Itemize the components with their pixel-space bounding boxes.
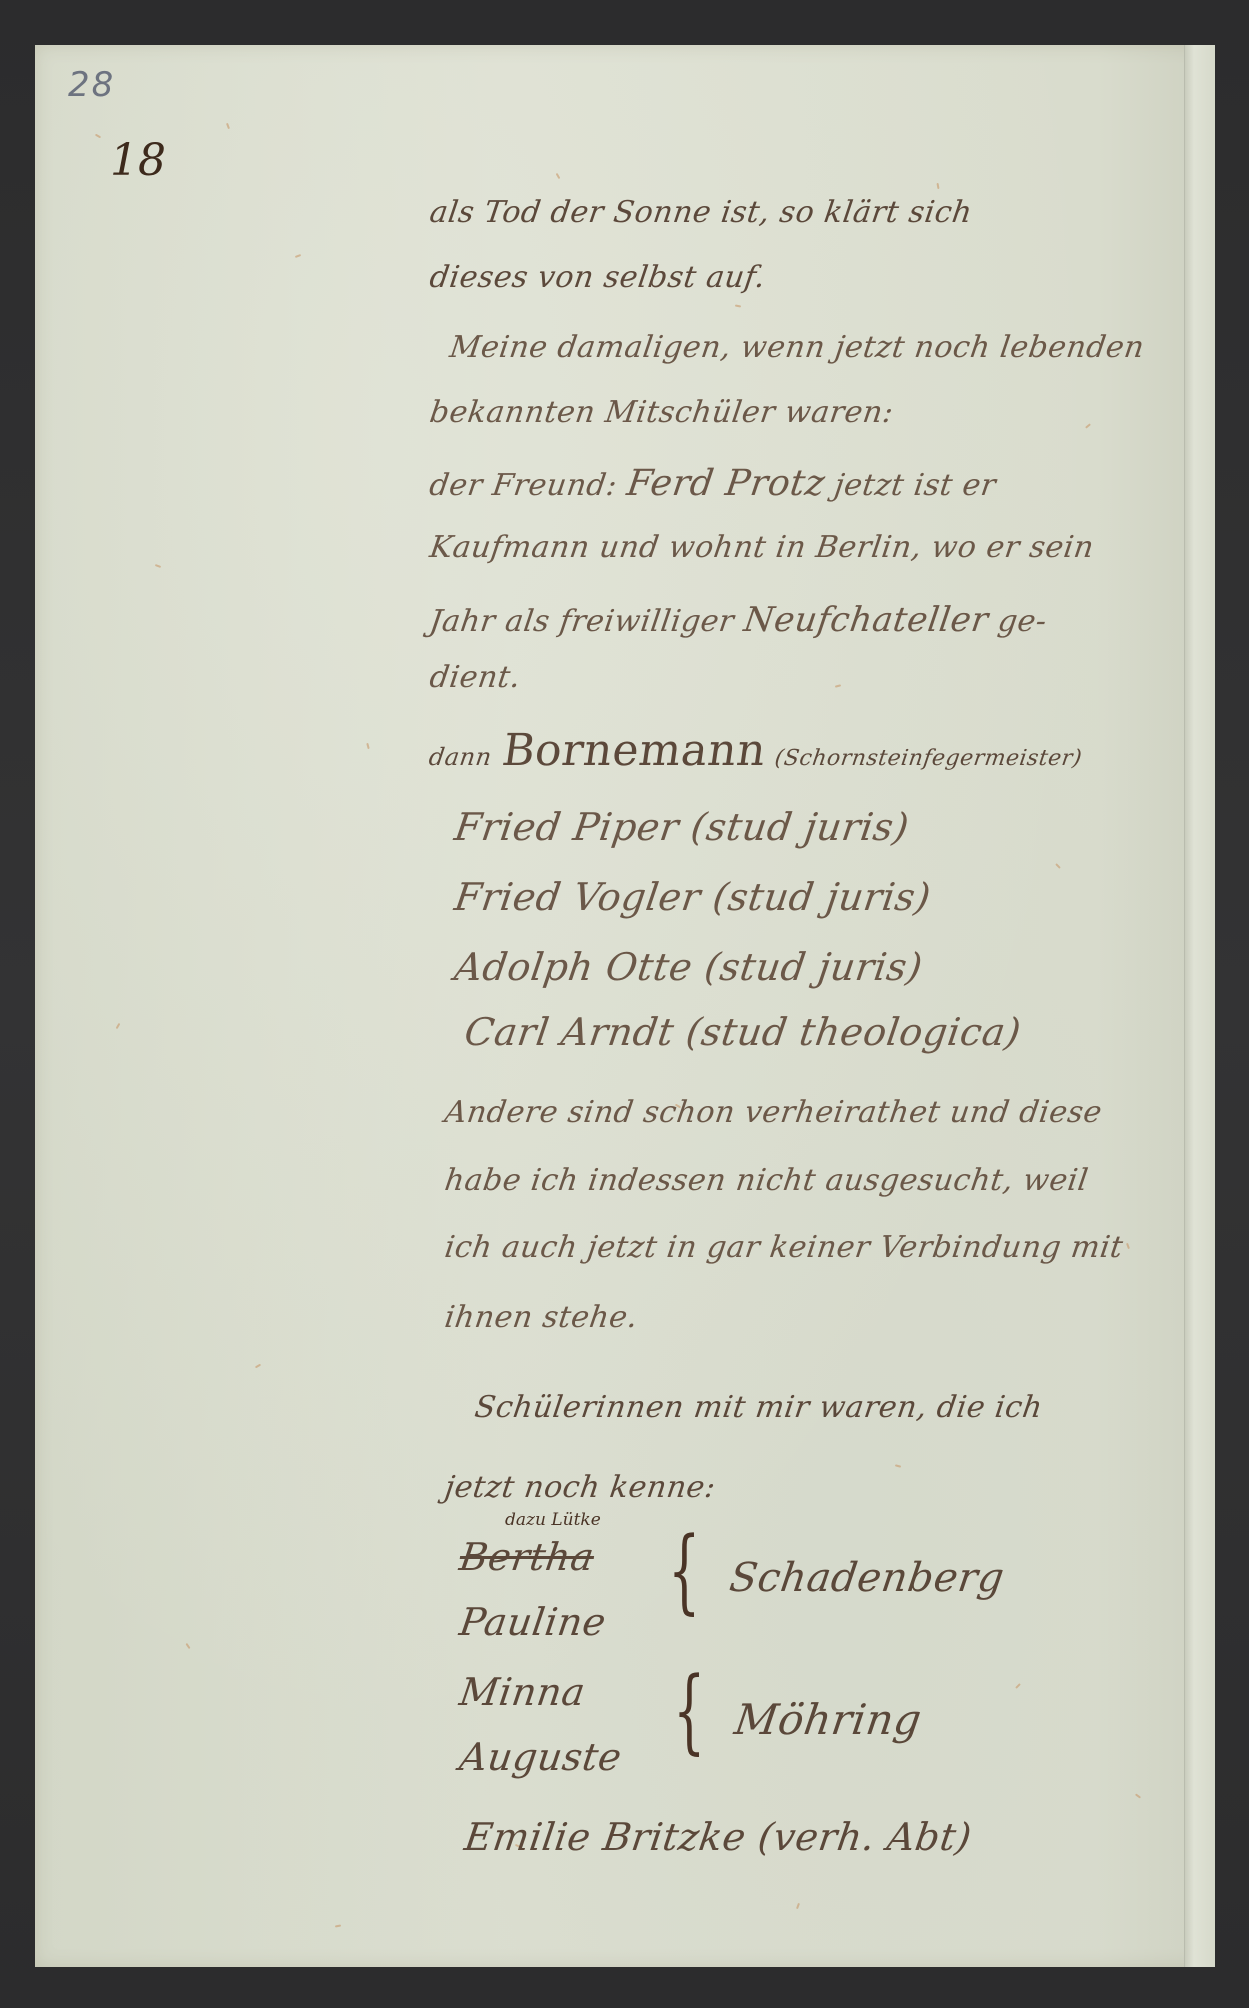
text-line: dieses von selbst auf. [428, 260, 768, 295]
classmate-note: (stud juris) [688, 805, 912, 849]
classmate-note: (stud juris) [702, 945, 926, 989]
classmate-name: Adolph Otte [452, 945, 696, 989]
classmate-note: (stud theologica) [683, 1010, 1024, 1054]
text-line: bekannten Mitschüler waren: [428, 395, 896, 430]
text-line: habe ich indessen nicht ausgesucht, weil [443, 1163, 1091, 1198]
schoolgirl-name: Pauline [457, 1600, 609, 1644]
regiment-name: Neufchateller [741, 600, 991, 640]
page-number: 18 [110, 135, 166, 186]
text-line: der Freund: Ferd Protz jetzt ist er [427, 463, 999, 504]
struck-name: Bertha [457, 1535, 597, 1579]
page-fold-edge [1184, 45, 1215, 1967]
text-line: Meine damaligen, wenn jetzt noch lebende… [448, 330, 1147, 365]
text-line: jetzt noch kenne: [443, 1470, 718, 1505]
prefix: dann [427, 743, 494, 771]
person-name: Ferd Protz [624, 463, 827, 504]
folio-number: 28 [68, 65, 115, 105]
classmate-name: Bornemann [499, 725, 770, 776]
line-text: der Freund: [427, 468, 619, 503]
schoolgirl-note: (verh. Abt) [755, 1815, 974, 1859]
classmate-entry: Adolph Otte (stud juris) [452, 945, 926, 989]
text-line: Jahr als freiwilliger Neufchateller ge- [427, 600, 1049, 640]
grouping-brace: { [668, 1525, 700, 1617]
text-line: Andere sind schon verheirathet und diese [443, 1095, 1105, 1130]
schoolgirl-name: Auguste [457, 1735, 625, 1779]
text-line: dient. [428, 660, 523, 695]
schoolgirl-name: Bertha [457, 1535, 597, 1579]
classmate-name: Fried Piper [452, 805, 682, 849]
classmate-entry: dann Bornemann (Schornsteinfegermeister) [426, 725, 1086, 776]
classmate-name: Carl Arndt [462, 1010, 677, 1054]
line-text: jetzt ist er [832, 468, 998, 503]
schoolgirl-name: Minna [457, 1670, 588, 1714]
manuscript-page: 28 18 als Tod der Sonne ist, so klärt si… [35, 45, 1215, 1967]
text-line: ihnen stehe. [443, 1300, 641, 1335]
interlinear-insertion: dazu Lütke [505, 1510, 601, 1530]
schoolgirl-name: Emilie Britzke [462, 1815, 749, 1859]
family-surname: Schadenberg [727, 1555, 1007, 1601]
line-text: ge- [996, 604, 1050, 639]
line-text: Jahr als freiwilliger [427, 604, 736, 639]
grouping-brace: { [673, 1665, 705, 1757]
classmate-note: (stud juris) [710, 875, 934, 919]
classmate-name: Fried Vogler [452, 875, 704, 919]
text-line: als Tod der Sonne ist, so klärt sich [428, 195, 975, 230]
text-line: Schülerinnen mit mir waren, die ich [473, 1390, 1045, 1425]
schoolgirl-entry: Emilie Britzke (verh. Abt) [462, 1815, 975, 1859]
text-line: Kaufmann und wohnt in Berlin, wo er sein [428, 530, 1097, 565]
classmate-entry: Fried Piper (stud juris) [452, 805, 912, 849]
classmate-entry: Fried Vogler (stud juris) [452, 875, 934, 919]
classmate-note: (Schornsteinfegermeister) [773, 746, 1083, 771]
family-surname: Möhring [732, 1695, 925, 1744]
classmate-entry: Carl Arndt (stud theologica) [462, 1010, 1024, 1054]
text-line: ich auch jetzt in gar keiner Verbindung … [443, 1230, 1126, 1265]
